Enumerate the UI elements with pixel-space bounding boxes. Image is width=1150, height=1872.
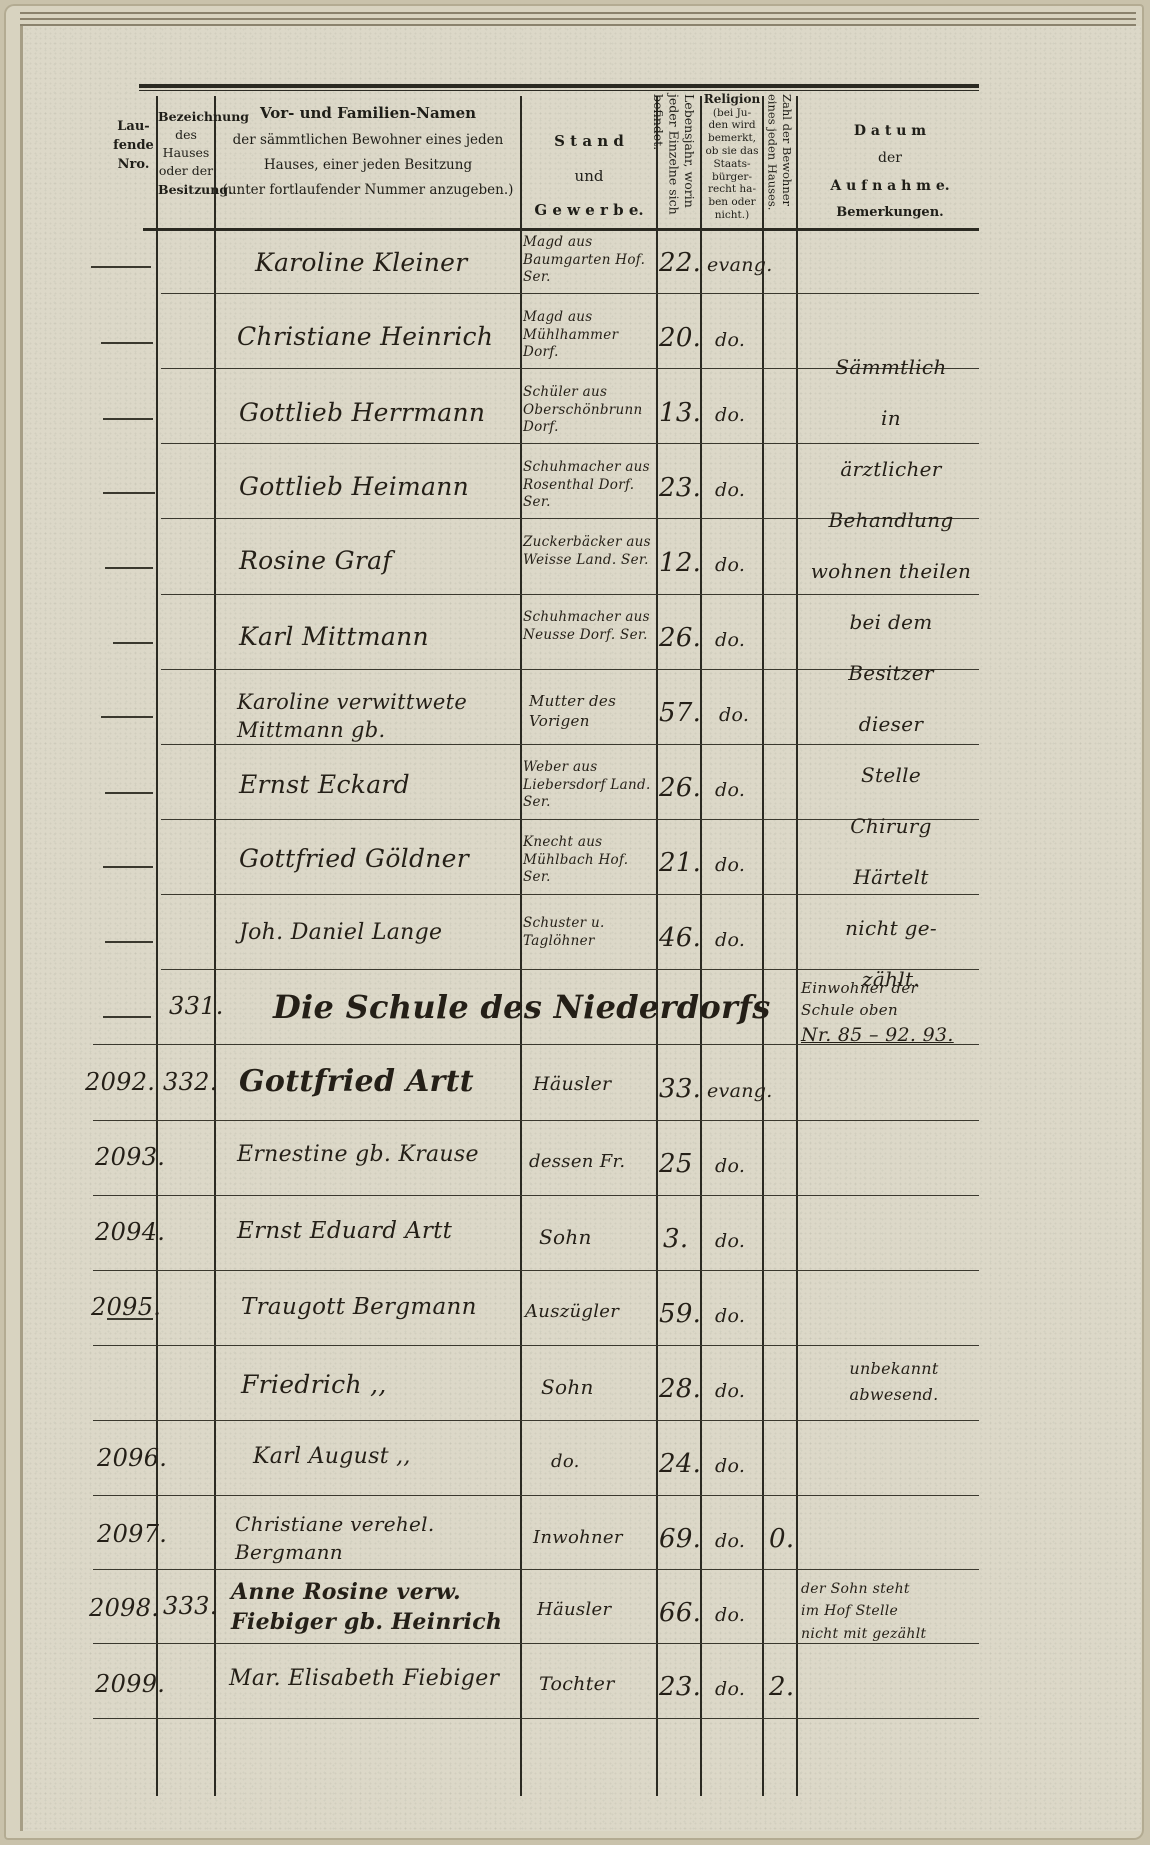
occupation: Mutter des Vorigen — [529, 692, 655, 731]
resident-name: Friedrich ,, — [241, 1370, 387, 1399]
religion: do. — [715, 779, 745, 801]
header-text: Staats- — [702, 158, 762, 171]
occupation: Zuckerbäcker aus Weisse Land. Ser. — [523, 534, 655, 569]
remark-line: ärztlicher — [803, 444, 979, 495]
occupation: Weber aus Liebersdorf Land. Ser. — [523, 759, 655, 812]
age: 46. — [659, 923, 701, 953]
dash-mark — [105, 792, 153, 794]
resident-name: Gottfried Artt — [239, 1064, 474, 1099]
remark-line: Härtelt — [803, 852, 979, 903]
resident-name: Karl Mittmann — [239, 622, 429, 651]
remark-line: Chirurg — [803, 801, 979, 852]
religion: do. — [715, 1155, 745, 1177]
religion: do. — [715, 1230, 745, 1252]
occupation: dessen Fr. — [529, 1150, 655, 1173]
header-stand: S t a n d und G e w e r b e. — [522, 124, 656, 228]
resident-name: Joh. Daniel Lange — [239, 920, 442, 945]
remark-line: dieser — [803, 699, 979, 750]
header-text: den wird — [702, 119, 762, 132]
religion: do. — [715, 1604, 745, 1626]
serial-number: 2093. — [95, 1143, 165, 1171]
occupation: Sohn — [539, 1224, 655, 1250]
remarks-block-medical: Sämmtlich in ärztlicher Behandlung wohne… — [803, 342, 979, 1005]
dash-mark — [101, 716, 153, 718]
resident-name: Ernestine gb. Krause — [237, 1142, 479, 1167]
resident-name: Christiane verehel. Bergmann — [235, 1510, 515, 1566]
header-text: (unter fortlaufender Nummer anzugeben.) — [218, 178, 518, 203]
resident-name: Traugott Bergmann — [241, 1294, 477, 1320]
remark-line: Sämmtlich — [803, 342, 979, 393]
row-line — [93, 1270, 979, 1271]
header-text: S t a n d — [522, 124, 656, 159]
age: 57. — [659, 698, 701, 728]
resident-name: Ernst Eckard — [239, 770, 410, 799]
household-count: 2. — [769, 1672, 794, 1702]
header-text: Bemerkungen. — [800, 200, 980, 225]
row-line — [93, 1345, 979, 1346]
age: 33. — [659, 1074, 701, 1104]
remark-line: der Sohn steht — [801, 1578, 979, 1600]
occupation: Tochter — [539, 1672, 655, 1697]
dash-mark — [105, 941, 153, 943]
resident-name: Anne Rosine verw. Fiebiger gb. Heinrich — [231, 1578, 516, 1637]
serial-number: 2095. — [91, 1293, 161, 1321]
row-line — [161, 293, 979, 294]
religion: evang. — [707, 1080, 773, 1102]
row-line — [93, 1718, 979, 1719]
age: 26. — [659, 773, 701, 803]
age: 20. — [659, 323, 701, 353]
religion: do. — [715, 854, 745, 876]
header-text: bürger- — [702, 171, 762, 184]
header-text: Bezeichnung — [158, 108, 214, 126]
age: 69. — [659, 1524, 701, 1554]
age: 59. — [659, 1299, 701, 1329]
religion: do. — [715, 554, 745, 576]
header-text: Nro. — [111, 156, 156, 175]
header-text: D a t u m — [800, 118, 980, 145]
header-text: ob sie das — [702, 145, 762, 158]
serial-number: 2099. — [95, 1670, 165, 1698]
dash-mark — [113, 642, 153, 644]
resident-name: Rosine Graf — [239, 546, 392, 575]
resident-name: Christiane Heinrich — [237, 322, 493, 351]
header-religion: Religion (bei Ju- den wird bemerkt, ob s… — [702, 92, 762, 222]
header-count: Zahl der Bewohner eines jeden Hauses. — [766, 94, 794, 226]
remark-line: unbekannt — [809, 1356, 979, 1382]
age: 22. — [659, 248, 701, 278]
dash-mark — [101, 342, 153, 344]
remark-line: wohnen theilen — [803, 546, 979, 597]
occupation: Magd aus Baumgarten Hof. Ser. — [523, 234, 655, 287]
religion: do. — [715, 1380, 745, 1402]
resident-name: Ernst Eduard Artt — [237, 1218, 452, 1244]
header-text: A u f n a h m e. — [800, 173, 980, 200]
remarks-friedrich: unbekannt abwesend. — [809, 1356, 979, 1407]
header-house: Bezeichnung des Hauses oder der Besitzun… — [158, 108, 214, 199]
row-line — [93, 1569, 979, 1570]
header-lfd-nr: Lau- fende Nro. — [111, 118, 156, 175]
header-text: Besitzung. — [158, 181, 214, 199]
header-text: ben oder — [702, 196, 762, 209]
age: 25 — [659, 1149, 693, 1179]
header-text: des Hauses — [158, 126, 214, 162]
occupation: Schuhmacher aus Neusse Dorf. Ser. — [523, 609, 655, 644]
serial-number: 2096. — [97, 1444, 167, 1472]
age: 23. — [659, 473, 701, 503]
col-line-3 — [520, 96, 522, 1796]
occupation: Knecht aus Mühlbach Hof. Ser. — [523, 834, 655, 887]
header-remarks: D a t u m der A u f n a h m e. Bemerkung… — [800, 118, 980, 225]
occupation: Häusler — [533, 1072, 653, 1097]
dash-mark — [103, 418, 153, 420]
row-line — [93, 1495, 979, 1496]
occupation: Inwohner — [533, 1526, 655, 1549]
age: 26. — [659, 623, 701, 653]
header-names: Vor- und Familien-Namen der sämmtlichen … — [218, 100, 518, 203]
remark-line: Besitzer — [803, 648, 979, 699]
remark-line: Einwohner der — [801, 978, 979, 1000]
age: 21. — [659, 848, 701, 878]
header-text: bemerkt, — [702, 132, 762, 145]
religion: do. — [715, 479, 745, 501]
occupation: Auszügler — [525, 1300, 655, 1323]
remark-line: Stelle — [803, 750, 979, 801]
occupation: Schuhmacher aus Rosenthal Dorf. Ser. — [523, 459, 655, 512]
header-text: und — [522, 159, 656, 194]
remark-line: abwesend. — [809, 1382, 979, 1408]
remark-line: in — [803, 393, 979, 444]
dash-mark — [105, 567, 153, 569]
remark-line: bei dem — [803, 597, 979, 648]
religion: do. — [719, 704, 749, 726]
remarks-last: der Sohn steht im Hof Stelle nicht mit g… — [801, 1578, 979, 1645]
dash-mark — [103, 492, 155, 494]
age: 3. — [663, 1224, 688, 1254]
serial-number: 2098. — [89, 1594, 159, 1622]
house-number: 331. — [169, 992, 224, 1020]
book-scan: Lau- fende Nro. Bezeichnung des Hauses o… — [0, 0, 1150, 1845]
religion: evang. — [707, 254, 773, 276]
occupation: Schüler aus Oberschönbrunn Dorf. — [523, 384, 655, 437]
col-line-2 — [214, 96, 216, 1796]
row-line — [93, 1420, 979, 1421]
register-page: Lau- fende Nro. Bezeichnung des Hauses o… — [20, 26, 1141, 1831]
header-text: (bei Ju- — [702, 107, 762, 120]
occupation: Magd aus Mühlhammer Dorf. — [523, 309, 655, 362]
religion: do. — [715, 1530, 745, 1552]
house-number: 332. — [163, 1068, 218, 1096]
resident-name: Gottlieb Heimann — [239, 472, 469, 501]
col-line-4 — [656, 96, 658, 1796]
dash-mark — [103, 1016, 151, 1018]
resident-name: Karoline verwittwete Mittmann gb. — [237, 688, 517, 745]
remarks-school: Einwohner der Schule oben Nr. 85 – 92. 9… — [801, 978, 979, 1049]
row-line — [93, 1120, 979, 1121]
header-text: oder der — [158, 162, 214, 180]
header-text: nicht.) — [702, 209, 762, 222]
school-entry: Die Schule des Niederdorfs — [273, 988, 771, 1026]
occupation: do. — [551, 1450, 655, 1473]
age: 66. — [659, 1598, 701, 1628]
age: 12. — [659, 548, 701, 578]
remark-line: nicht mit gezählt — [801, 1623, 979, 1645]
religion: do. — [715, 1305, 745, 1327]
col-line-7 — [796, 96, 798, 1796]
serial-number: 2094. — [95, 1218, 165, 1246]
header-text: der — [800, 145, 980, 172]
top-rule — [139, 84, 979, 88]
resident-name: Karoline Kleiner — [255, 248, 468, 277]
religion: do. — [715, 1455, 745, 1477]
occupation: Häusler — [537, 1598, 655, 1621]
occupation: Schuster u. Taglöhner — [523, 915, 655, 950]
header-bottom-rule — [143, 228, 979, 231]
remark-line: Behandlung — [803, 495, 979, 546]
age: 23. — [659, 1672, 701, 1702]
religion: do. — [715, 929, 745, 951]
header-text: Vor- und Familien-Namen — [218, 100, 518, 128]
header-text: Religion — [702, 92, 762, 107]
top-rule-thin — [139, 90, 979, 91]
resident-name: Karl August ,, — [253, 1444, 411, 1469]
header-text: recht ha- — [702, 183, 762, 196]
serial-number: 2092. — [85, 1068, 155, 1096]
age: 28. — [659, 1374, 701, 1404]
header-age: Lebensjahr, worin jeder Einzelne sich be… — [663, 94, 697, 226]
remark-line: Schule oben — [801, 1000, 979, 1022]
header-text: G e w e r b e. — [522, 193, 656, 228]
header-text: fende — [111, 137, 156, 156]
remark-line: im Hof Stelle — [801, 1600, 979, 1622]
dash-mark — [91, 266, 151, 268]
house-number: 333. — [163, 1592, 218, 1620]
serial-number: 2097. — [97, 1520, 167, 1548]
header-text: Lau- — [111, 118, 156, 137]
resident-name: Mar. Elisabeth Fiebiger — [229, 1666, 499, 1691]
religion: do. — [715, 629, 745, 651]
religion: do. — [715, 329, 745, 351]
header-text: der sämmtlichen Bewohner eines jeden — [218, 128, 518, 153]
resident-name: Gottfried Göldner — [239, 844, 469, 873]
religion: do. — [715, 404, 745, 426]
header-text: Hauses, einer jeden Besitzung — [218, 153, 518, 178]
household-count: 0. — [769, 1524, 794, 1554]
remark-line: nicht ge- — [803, 903, 979, 954]
age: 13. — [659, 398, 701, 428]
age: 24. — [659, 1449, 701, 1479]
resident-name: Gottlieb Herrmann — [239, 398, 485, 427]
col-line-6 — [762, 96, 764, 1796]
dash-mark — [103, 866, 153, 868]
religion: do. — [715, 1678, 745, 1700]
row-line — [93, 1195, 979, 1196]
occupation: Sohn — [541, 1374, 655, 1400]
remark-line: Nr. 85 – 92. 93. — [801, 1022, 979, 1050]
